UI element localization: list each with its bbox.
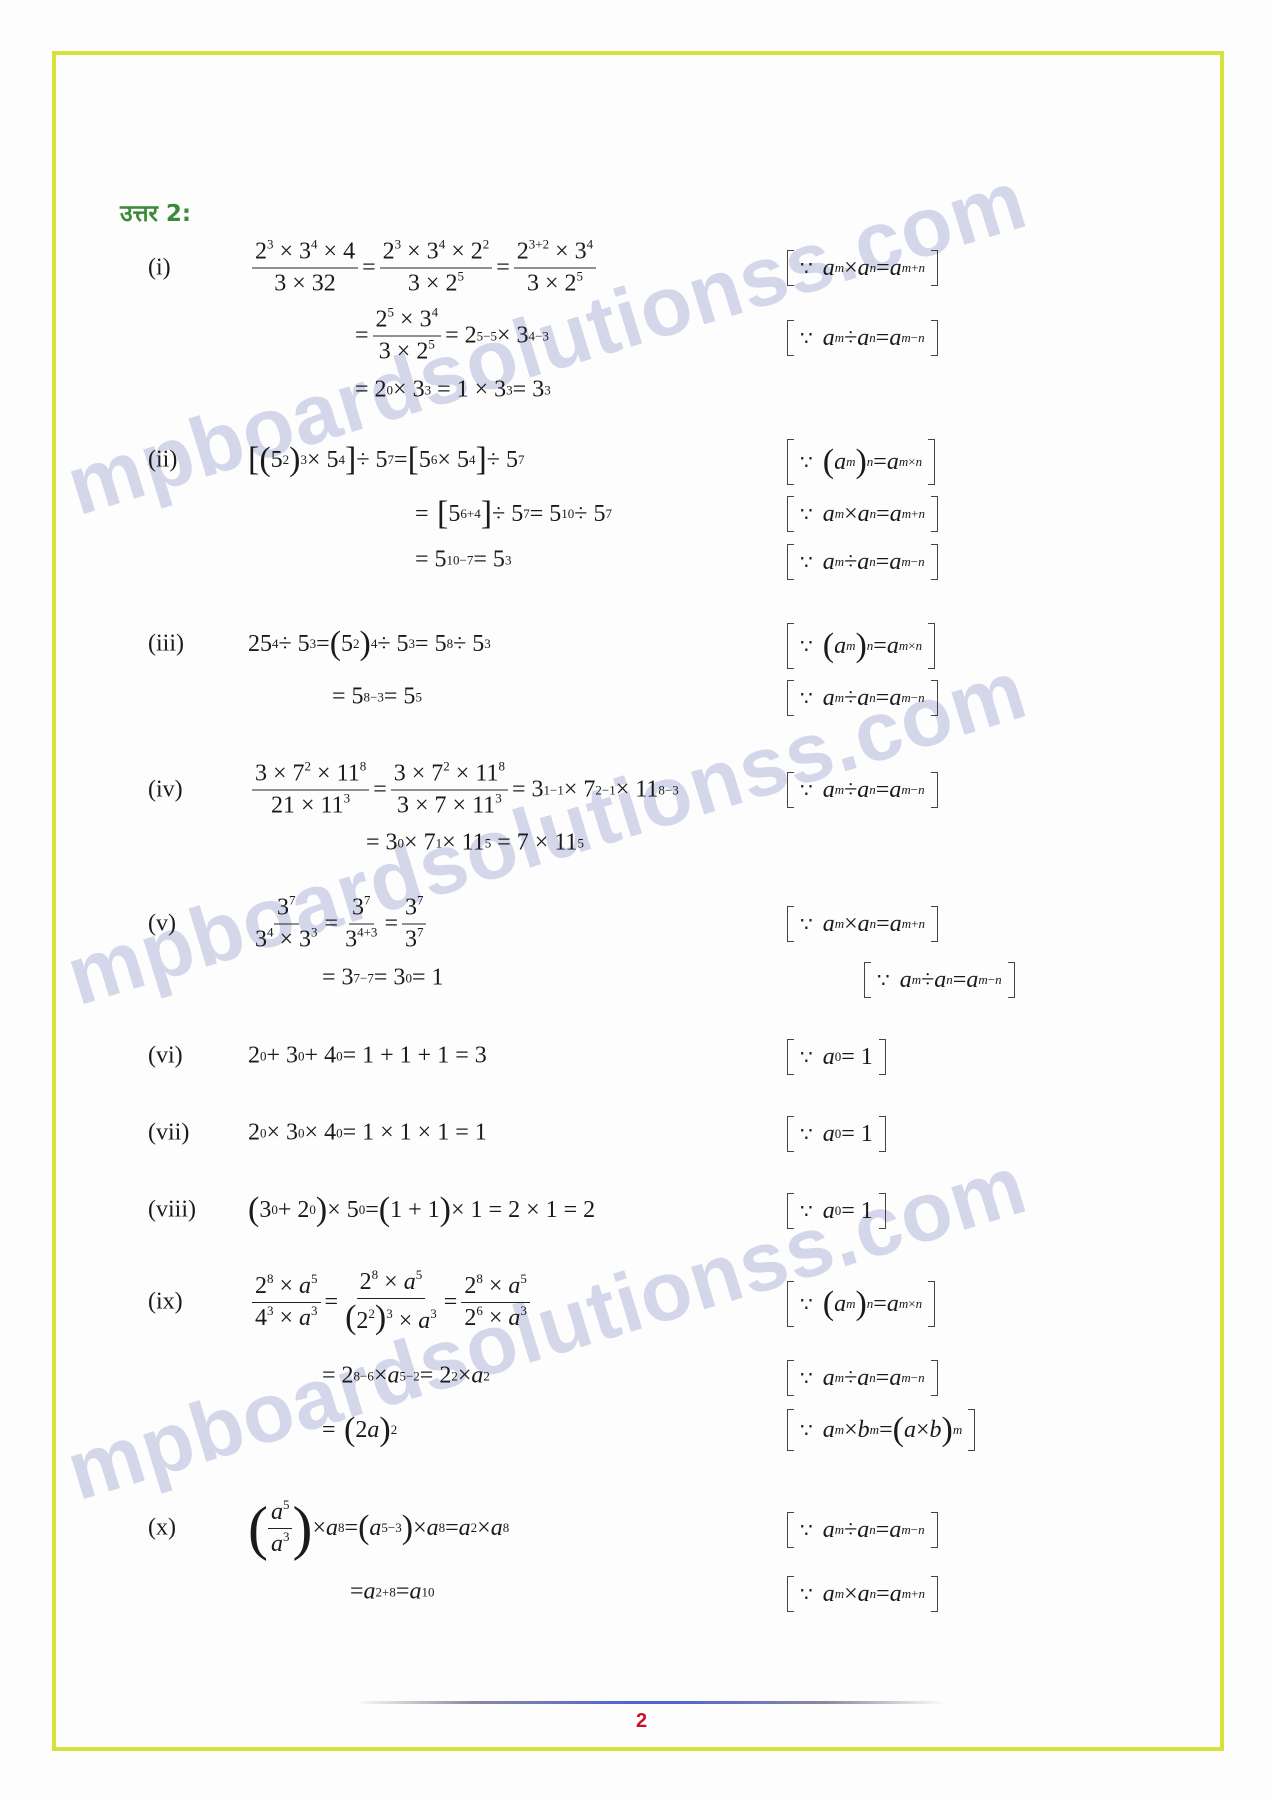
part-vi-step-1: 20 + 30 + 40 = 1 + 1 + 1 = 3 xyxy=(248,1043,487,1070)
reason-bracket: ∵am ÷ an = am−n xyxy=(787,1512,938,1548)
part-i-step-2: = 25 × 343 × 25 = 25−5 × 34−3 xyxy=(355,307,549,366)
part-i-step-1: 23 × 34 × 43 × 32 = 23 × 34 × 223 × 25 =… xyxy=(248,239,600,298)
part-iii-step-2: = 58−3 = 55 xyxy=(332,684,422,711)
reason-bracket: ∵am ÷ an = am−n xyxy=(787,1360,938,1396)
reason-bracket: ∵am × an = am+n xyxy=(787,906,938,942)
reason-bracket: ∵am × bm = (a × b)m xyxy=(787,1409,975,1451)
reason-bracket: ∵am ÷ an = am−n xyxy=(787,544,938,580)
part-vii-step-1: 20 × 30 × 40 = 1 × 1 × 1 = 1 xyxy=(248,1120,487,1147)
part-iv-step-1: 3 × 72 × 11821 × 113 = 3 × 72 × 1183 × 7… xyxy=(248,761,679,820)
reason-bracket: ∵(am)n = am×n xyxy=(787,623,935,669)
reason-bracket: ∵(am)n = am×n xyxy=(787,439,935,485)
part-ii-step-3: = 510−7 = 53 xyxy=(415,547,511,574)
part-label: (ii) xyxy=(148,447,177,474)
part-x-step-2: = a2+8 = a10 xyxy=(350,1579,434,1606)
part-label: (viii) xyxy=(148,1197,196,1224)
reason-bracket: ∵am × an = am+n xyxy=(787,496,938,532)
part-v-step-1: 3734 × 33 = 3734+3 = 3737 xyxy=(248,895,430,954)
reason-bracket: ∵am ÷ an = am−n xyxy=(864,962,1015,998)
part-ix-step-2: = 28−6 × a5−2 = 22 × a2 xyxy=(322,1363,490,1390)
part-ix-step-1: 28 × a543 × a3 = 28 × a5(22)3 × a3 = 28 … xyxy=(248,1269,534,1335)
part-x-step-1: (a5a3) × a8 = (a5−3) × a8 = a2 × a8 xyxy=(248,1498,509,1558)
reason-bracket: ∵am ÷ an = am−n xyxy=(787,772,938,808)
part-label: (i) xyxy=(148,255,171,282)
part-label: (iv) xyxy=(148,777,183,804)
part-ii-step-2: = [56+4] ÷ 57 = 510 ÷ 57 xyxy=(415,497,612,531)
part-viii-step-1: (30 + 20) × 50 = (1 + 1) × 1 = 2 × 1 = 2 xyxy=(248,1193,595,1227)
reason-bracket: ∵a0 = 1 xyxy=(787,1039,886,1075)
reason-bracket: ∵am ÷ an = am−n xyxy=(787,680,938,716)
part-label: (v) xyxy=(148,911,176,938)
footer-divider xyxy=(355,1701,945,1704)
page-border xyxy=(52,51,1224,1751)
part-ii-step-1: [(52)3 × 54] ÷ 57 = [56 × 54] ÷ 57 xyxy=(248,443,524,477)
part-iii-step-1: 254 ÷ 53 = (52)4 ÷ 53 = 58 ÷ 53 xyxy=(248,627,491,661)
part-label: (iii) xyxy=(148,631,184,658)
part-label: (vii) xyxy=(148,1120,189,1147)
page-number: 2 xyxy=(636,1710,647,1733)
part-label: (ix) xyxy=(148,1289,183,1316)
part-i-step-3: = 20 × 33 = 1 × 33 = 33 xyxy=(355,377,551,404)
reason-bracket: ∵am × an = am+n xyxy=(787,1576,938,1612)
part-v-step-2: = 37−7 = 30 = 1 xyxy=(322,965,443,992)
answer-heading: उत्तर 2: xyxy=(120,196,191,228)
reason-bracket: ∵(am)n = am×n xyxy=(787,1281,935,1327)
part-iv-step-2: = 30 × 71 × 115 = 7 × 115 xyxy=(366,830,584,857)
part-label: (x) xyxy=(148,1515,176,1542)
part-ix-step-3: = (2a)2 xyxy=(322,1413,397,1447)
reason-bracket: ∵am ÷ an = am−n xyxy=(787,320,938,356)
part-label: (vi) xyxy=(148,1043,183,1070)
reason-bracket: ∵a0 = 1 xyxy=(787,1193,886,1229)
reason-bracket: ∵am × an = am+n xyxy=(787,250,938,286)
reason-bracket: ∵a0 = 1 xyxy=(787,1116,886,1152)
